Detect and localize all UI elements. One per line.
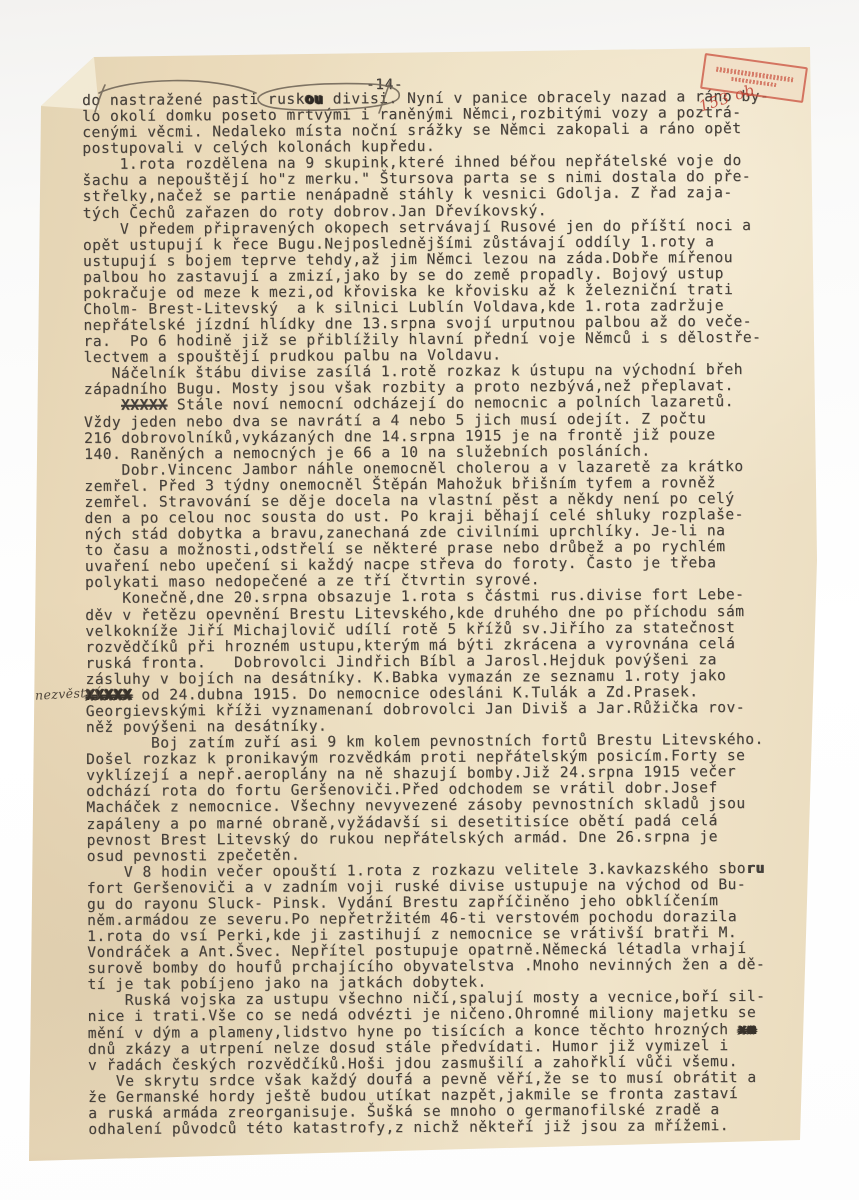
overstruck-text: XXXXX (121, 397, 168, 414)
text-segment (84, 397, 121, 414)
text-block: do nastražené pasti ruskou divisi. Nyní … (82, 89, 812, 1138)
overstruck-text: ou (305, 91, 324, 108)
scanned-document-photo: -14- do nastražené pasti ruskou divisi. … (0, 0, 859, 1200)
overstruck-text: xm (738, 1020, 757, 1037)
archive-stamp: 153 ob (698, 58, 808, 128)
overstruck-text: ru (746, 860, 765, 877)
